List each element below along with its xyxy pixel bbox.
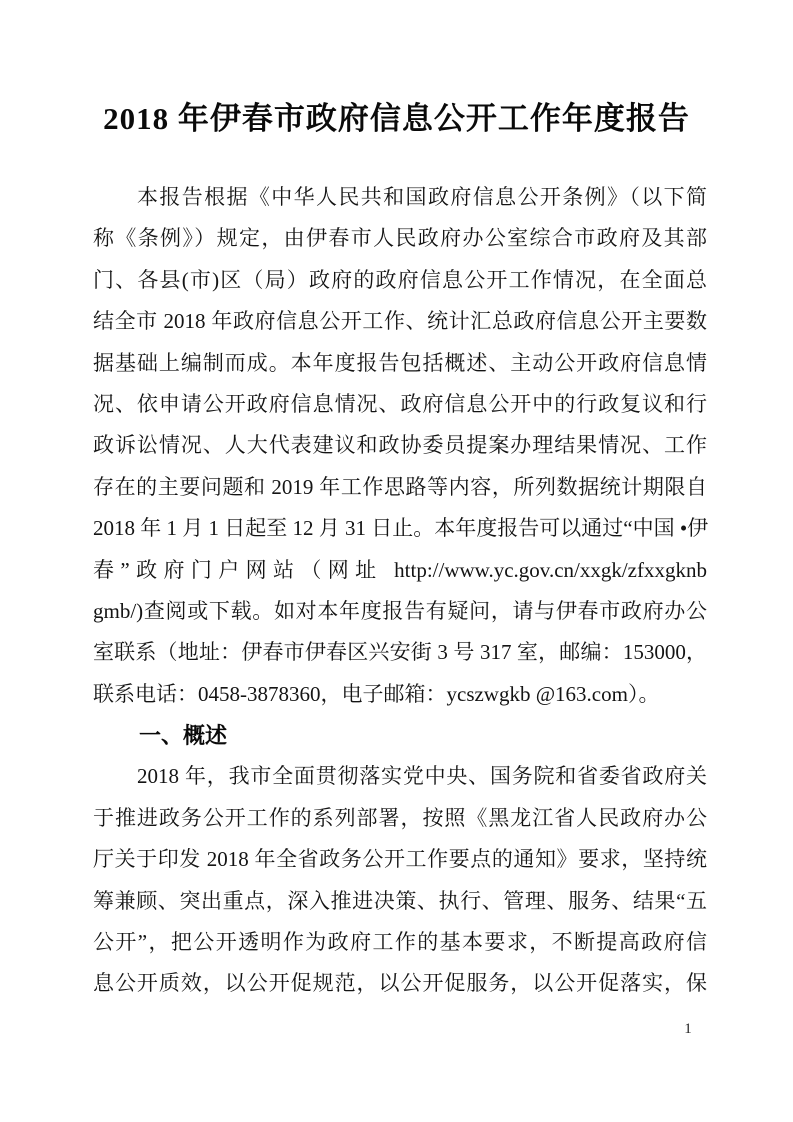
body-line: 筹兼顾、突出重点，深入推进决策、执行、管理、服务、结果“五 [93, 881, 707, 922]
body-line: 厅关于印发 2018 年全省政务公开工作要点的通知》要求，坚持统 [93, 839, 707, 880]
document-title: 2018 年伊春市政府信息公开工作年度报告 [0, 0, 793, 141]
paragraph-overview: 2018 年，我市全面贯彻落实党中央、国务院和省委省政府关 于推进政务公开工作的… [93, 756, 707, 1004]
body-line: 2018 年，我市全面贯彻落实党中央、国务院和省委省政府关 [93, 756, 707, 797]
body-line: 结全市 2018 年政府信息公开工作、统计汇总政府信息公开主要数 [93, 301, 707, 342]
body-line: 门、各县(市)区（局）政府的政府信息公开工作情况，在全面总 [93, 260, 707, 301]
document-page: 2018 年伊春市政府信息公开工作年度报告 本报告根据《中华人民共和国政府信息公… [0, 0, 793, 1122]
body-line: 况、依申请公开政府信息情况、政府信息公开中的行政复议和行 [93, 384, 707, 425]
body-line: 政诉讼情况、人大代表建议和政协委员提案办理结果情况、工作 [93, 425, 707, 466]
body-line: 于推进政务公开工作的系列部署，按照《黑龙江省人民政府办公 [93, 798, 707, 839]
body-line: 联系电话：0458-3878360，电子邮箱：ycszwgkb @163.com… [93, 674, 707, 715]
body-line: 据基础上编制而成。本年度报告包括概述、主动公开政府信息情 [93, 343, 707, 384]
section-heading-overview: 一、概述 [93, 715, 707, 756]
paragraph-intro: 本报告根据《中华人民共和国政府信息公开条例》（以下简 称《条例》）规定，由伊春市… [93, 177, 707, 715]
body-line: 息公开质效，以公开促规范，以公开促服务，以公开促落实，保 [93, 963, 707, 1004]
document-body: 本报告根据《中华人民共和国政府信息公开条例》（以下简 称《条例》）规定，由伊春市… [93, 177, 707, 1005]
body-line: 本报告根据《中华人民共和国政府信息公开条例》（以下简 [93, 177, 707, 218]
body-line: 室联系（地址：伊春市伊春区兴安街 3 号 317 室，邮编：153000， [93, 632, 707, 673]
body-line: gmb/)查阅或下载。如对本年度报告有疑问，请与伊春市政府办公 [93, 591, 707, 632]
body-line: 存在的主要问题和 2019 年工作思路等内容，所列数据统计期限自 [93, 467, 707, 508]
body-line: 称《条例》）规定，由伊春市人民政府办公室综合市政府及其部 [93, 218, 707, 259]
body-line-with-url: 春”政府门户网站（网址 http://www.yc.gov.cn/xxgk/zf… [93, 550, 707, 591]
body-line: 公开”，把公开透明作为政府工作的基本要求，不断提高政府信 [93, 922, 707, 963]
body-line: 2018 年 1 月 1 日起至 12 月 31 日止。本年度报告可以通过“中国… [93, 508, 707, 549]
page-number: 1 [676, 1018, 700, 1040]
